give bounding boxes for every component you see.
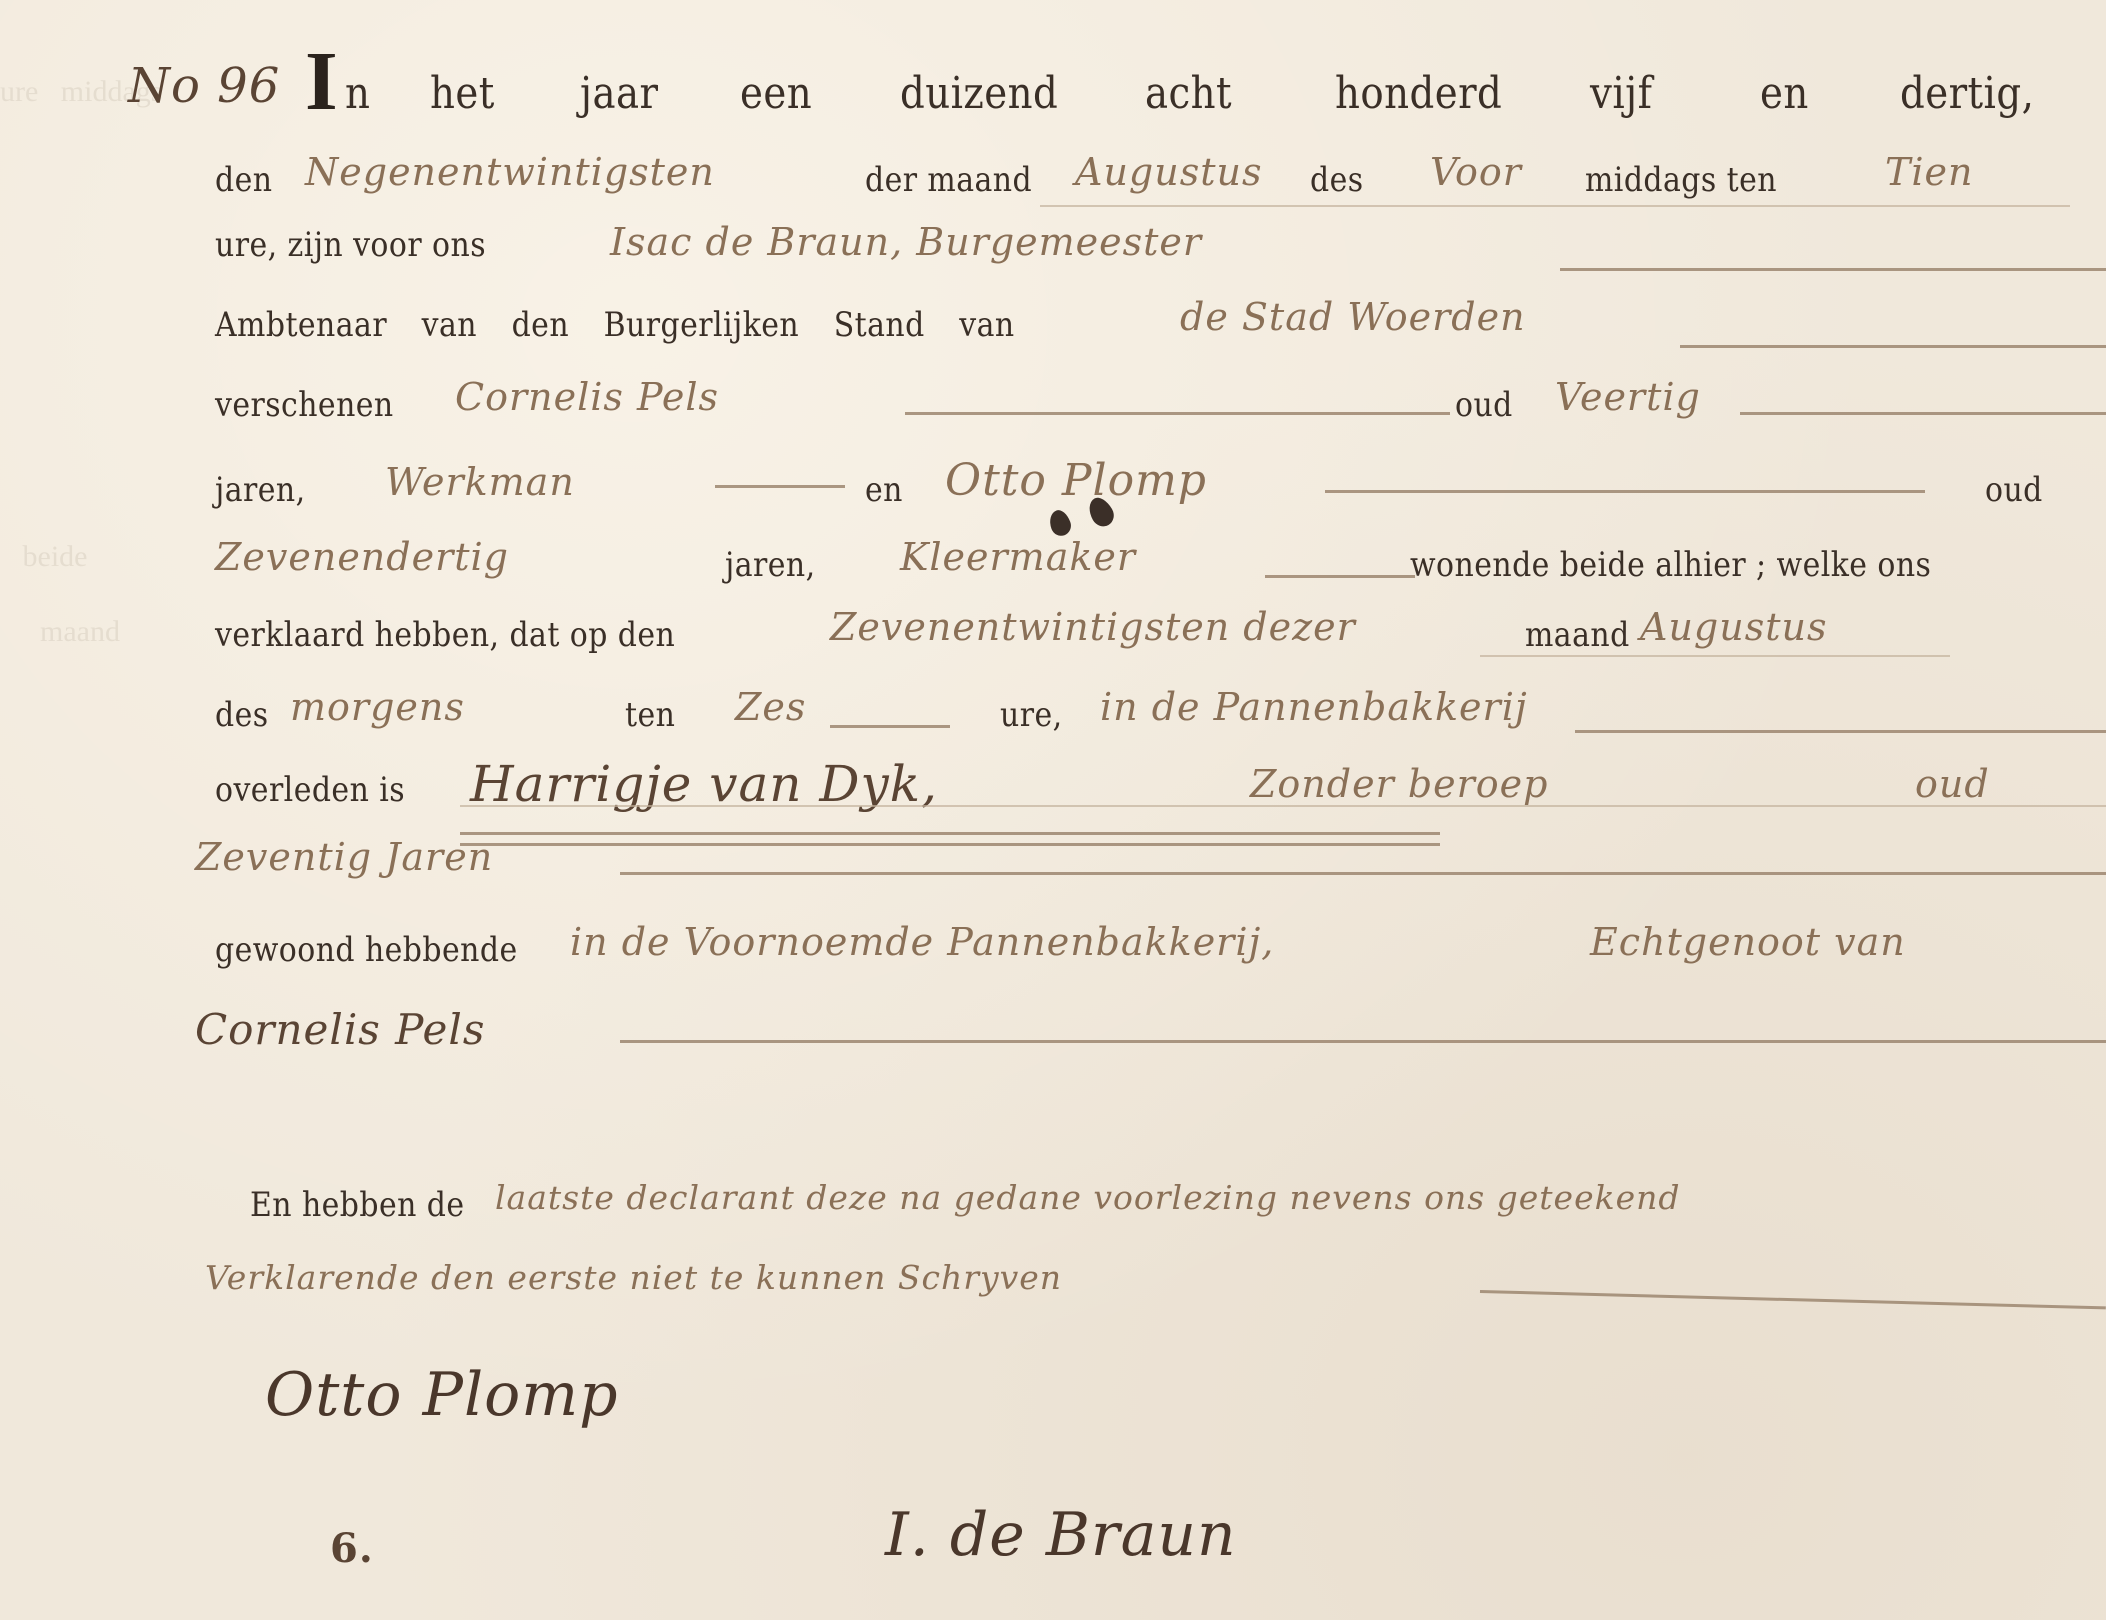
fill-line [1480,1290,2106,1309]
label-oud: oud [1985,470,2043,510]
fill-line [1560,268,2106,271]
field-death-hour: Zes [735,685,806,729]
show-through-text: beide [0,540,87,574]
label-gewoond-hebbende: gewoond hebbende [215,930,518,970]
page-mark: 6. [330,1525,374,1572]
field-death-month: Augustus [1640,605,1827,649]
fill-line [620,872,2106,875]
printed-word: dertig, [1900,68,2034,119]
field-declarant1-name: Cornelis Pels [455,375,719,419]
signature-otto-plomp: Otto Plomp [265,1360,619,1430]
printed-word: acht [1145,68,1232,119]
fill-line [1265,575,1415,578]
field-declarant1-age: Veertig [1555,375,1701,419]
field-declarant2-occupation: Kleermaker [900,535,1136,579]
closing-line-1: laatste declarant deze na gedane voorlez… [495,1178,1681,1217]
label-ure: ure, [1000,695,1063,735]
label-maand: maand [1525,615,1630,655]
field-time-of-day: morgens [290,685,465,729]
label-der-maand: der maand [865,160,1032,200]
field-death-place: in de Pannenbakkerij [1100,685,1528,729]
field-declarant1-occupation: Werkman [385,460,575,504]
field-hour: Tien [1885,150,1973,194]
label-wonende: wonende beide alhier ; welke ons [1410,545,1931,585]
label-verschenen: verschenen [215,385,394,425]
fill-line [620,1040,2106,1043]
field-declarant2-age: Zevenendertig [215,535,509,579]
field-residence: in de Voornoemde Pannenbakkerij, [570,920,1274,964]
label-ure-zijn-voor-ons: ure, zijn voor ons [215,225,486,265]
label-en-hebben-de: En hebben de [250,1185,465,1225]
label-jaren: jaren, [725,545,816,585]
document-page: ure middags beide maand No 96 I n het ja… [0,0,2106,1620]
label-overleden-is: overleden is [215,770,405,810]
field-spouse: Cornelis Pels [195,1005,485,1054]
printed-word: vijf [1590,68,1652,119]
fill-line [1575,730,2106,733]
field-day: Negenentwintigsten [305,150,715,194]
label-verklaard: verklaard hebben, dat op den [215,615,675,655]
field-month: Augustus [1075,150,1262,194]
label-oud: oud [1455,385,1513,425]
printed-word: het [430,68,495,119]
fill-line [1740,412,2106,415]
field-municipality: de Stad Woerden [1180,295,1526,339]
fill-line [905,412,1450,415]
ink-blot [1046,507,1074,538]
printed-word: en [1760,68,1809,119]
label-des: des [215,695,269,735]
printed-word: n [345,68,370,119]
field-official: Isac de Braun, Burgemeester [610,220,1202,264]
label-ten: ten [625,695,675,735]
field-declarant2-name: Otto Plomp [945,455,1207,506]
double-rule [460,843,1440,846]
fill-line [715,485,845,488]
fill-line [830,725,950,728]
field-death-day: Zevenentwintigsten dezer [830,605,1356,649]
printed-word: jaar [580,68,658,119]
printed-word: een [740,68,812,119]
field-spouse-label: Echtgenoot van [1590,920,1906,964]
label-en: en [865,470,903,510]
record-number: No 96 [128,58,280,114]
signature-braun: I. de Braun [885,1500,1237,1570]
fill-line [1040,205,2070,207]
fill-line [1680,345,2106,348]
field-voor-na: Voor [1430,150,1522,194]
show-through-text: maand [40,615,120,649]
closing-line-2: Verklarende den eerste niet te kunnen Sc… [205,1258,1062,1297]
label-des: des [1310,160,1364,200]
label-ambtenaar: Ambtenaar van den Burgerlijken Stand van [215,305,1015,345]
drop-cap: I [305,40,338,124]
double-rule [460,832,1440,835]
label-middags-ten: middags ten [1585,160,1777,200]
label-den: den [215,160,272,200]
printed-word: honderd [1335,68,1502,119]
printed-word: duizend [900,68,1058,119]
fill-line [1480,655,1950,657]
field-deceased-age: Zeventig Jaren [195,835,493,879]
field-deceased-occupation: Zonder beroep [1250,762,1548,806]
field-oud: oud [1915,762,1990,806]
fill-line [1325,490,1925,493]
fill-line [460,805,2106,807]
label-jaren: jaren, [215,470,306,510]
